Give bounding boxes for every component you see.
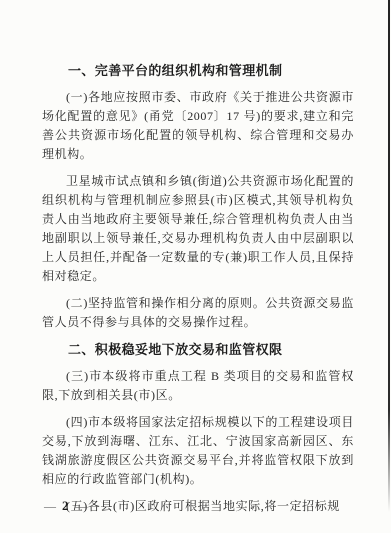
page-number: — 2 — — [44, 498, 87, 514]
section-heading-2: 二、积极稳妥地下放交易和监管权限 — [42, 340, 354, 359]
page-number-value: 2 — [62, 498, 69, 514]
scanned-document-page: 一、完善平台的组织机构和管理机制 (一)各地应按照市委、市政府《关于推进公共资源… — [0, 0, 391, 533]
paragraph-satellite-towns: 卫星城市试点镇和乡镇(街道)公共资源市场化配置的组织机构与管理机制应参照县(市)… — [42, 172, 354, 286]
document-content: 一、完善平台的组织机构和管理机制 (一)各地应按照市委、市政府《关于推进公共资源… — [42, 58, 354, 524]
paragraph-item-2: (二)坚持监管和操作相分离的原则。公共资源交易监管人员不得参与具体的交易操作过程… — [42, 294, 354, 332]
paragraph-item-4: (四)市本级将国家法定招标规模以下的工程建设项目交易,下放到海曙、江东、江北、宁… — [42, 413, 354, 489]
paragraph-item-3: (三)市本级将市重点工程 B 类项目的交易和监管权限,下放到相关县(市)区。 — [42, 367, 354, 405]
page-edge-line — [388, 0, 390, 512]
paragraph-item-1: (一)各地应按照市委、市政府《关于推进公共资源市场化配置的意见》(甬党〔2007… — [42, 88, 354, 164]
paragraph-item-5-truncated: (五)各县(市)区政府可根据当地实际,将一定招标规 — [42, 497, 354, 516]
section-heading-1: 一、完善平台的组织机构和管理机制 — [42, 61, 354, 80]
page-number-dash-right: — — [76, 499, 87, 514]
page-number-dash-left: — — [44, 499, 55, 514]
